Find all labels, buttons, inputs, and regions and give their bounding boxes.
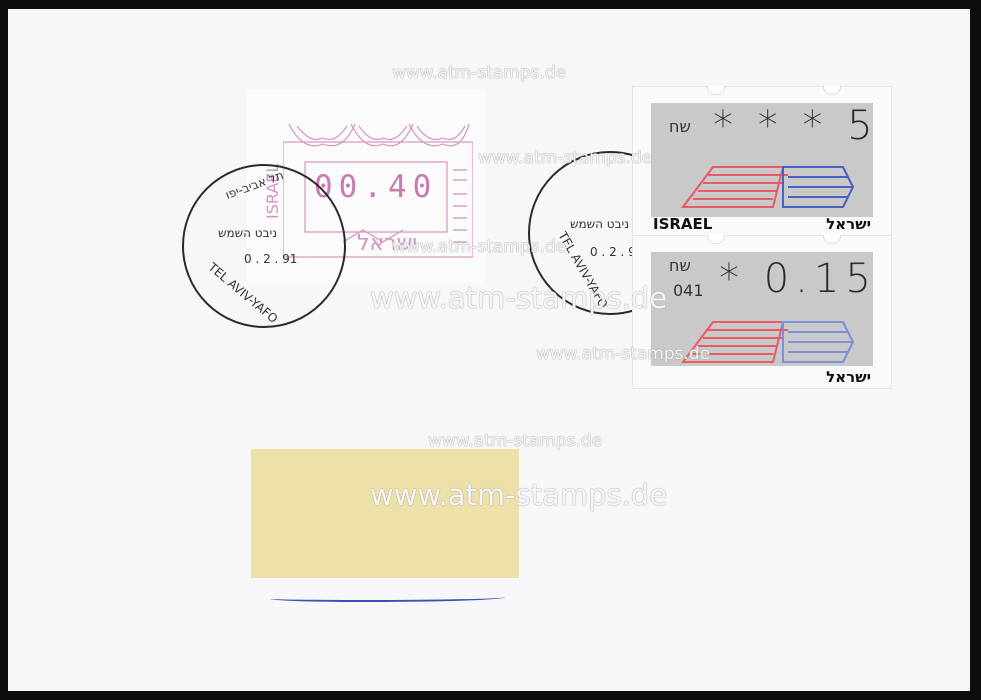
watermark: www.atm-stamps.de <box>536 344 710 364</box>
atm-stamp-015: שח 041 * 0.15 ישראל <box>632 235 892 389</box>
watermark: www.atm-stamps.de <box>392 237 566 257</box>
currency-label: שח <box>669 117 691 136</box>
postmark-city-latin: TEL AVIV-YAFO <box>206 260 281 326</box>
handwritten-underline <box>270 594 505 602</box>
country-hebrew: ישראל <box>653 215 871 233</box>
postmark-city-hebrew: תל אביב-יפו <box>223 168 285 202</box>
watermark: www.atm-stamps.de <box>392 63 566 83</box>
postmark-extra: ניבט השמש <box>218 226 277 240</box>
stamp-value: * * * 5 <box>713 103 879 149</box>
envelope: 00.40 ISRAEL ישראל ניבט השמש 0 . 2 . 91 … <box>8 9 970 691</box>
currency-label: שח <box>669 256 691 275</box>
postmark-extra: ניבט השמש <box>570 217 629 231</box>
watermark: www.atm-stamps.de <box>428 431 602 451</box>
postmark-tel-aviv: ניבט השמש 0 . 2 . 91 TEL AVIV-YAFO תל אב… <box>182 164 346 328</box>
watermark: www.atm-stamps.de <box>370 478 667 512</box>
machine-code: 041 <box>673 281 704 300</box>
stamp-value: * 0.15 <box>719 256 877 302</box>
postmark-date: 0 . 2 . 91 <box>244 252 297 266</box>
watermark: www.atm-stamps.de <box>370 281 667 315</box>
watermark: www.atm-stamps.de <box>478 148 652 168</box>
redacted-address-label <box>251 449 519 578</box>
star-of-david-design-icon <box>673 159 873 217</box>
atm-stamp-5: שח * * * 5 ISRAEL ישראל <box>632 86 892 236</box>
country-hebrew: ישראל <box>653 368 871 386</box>
